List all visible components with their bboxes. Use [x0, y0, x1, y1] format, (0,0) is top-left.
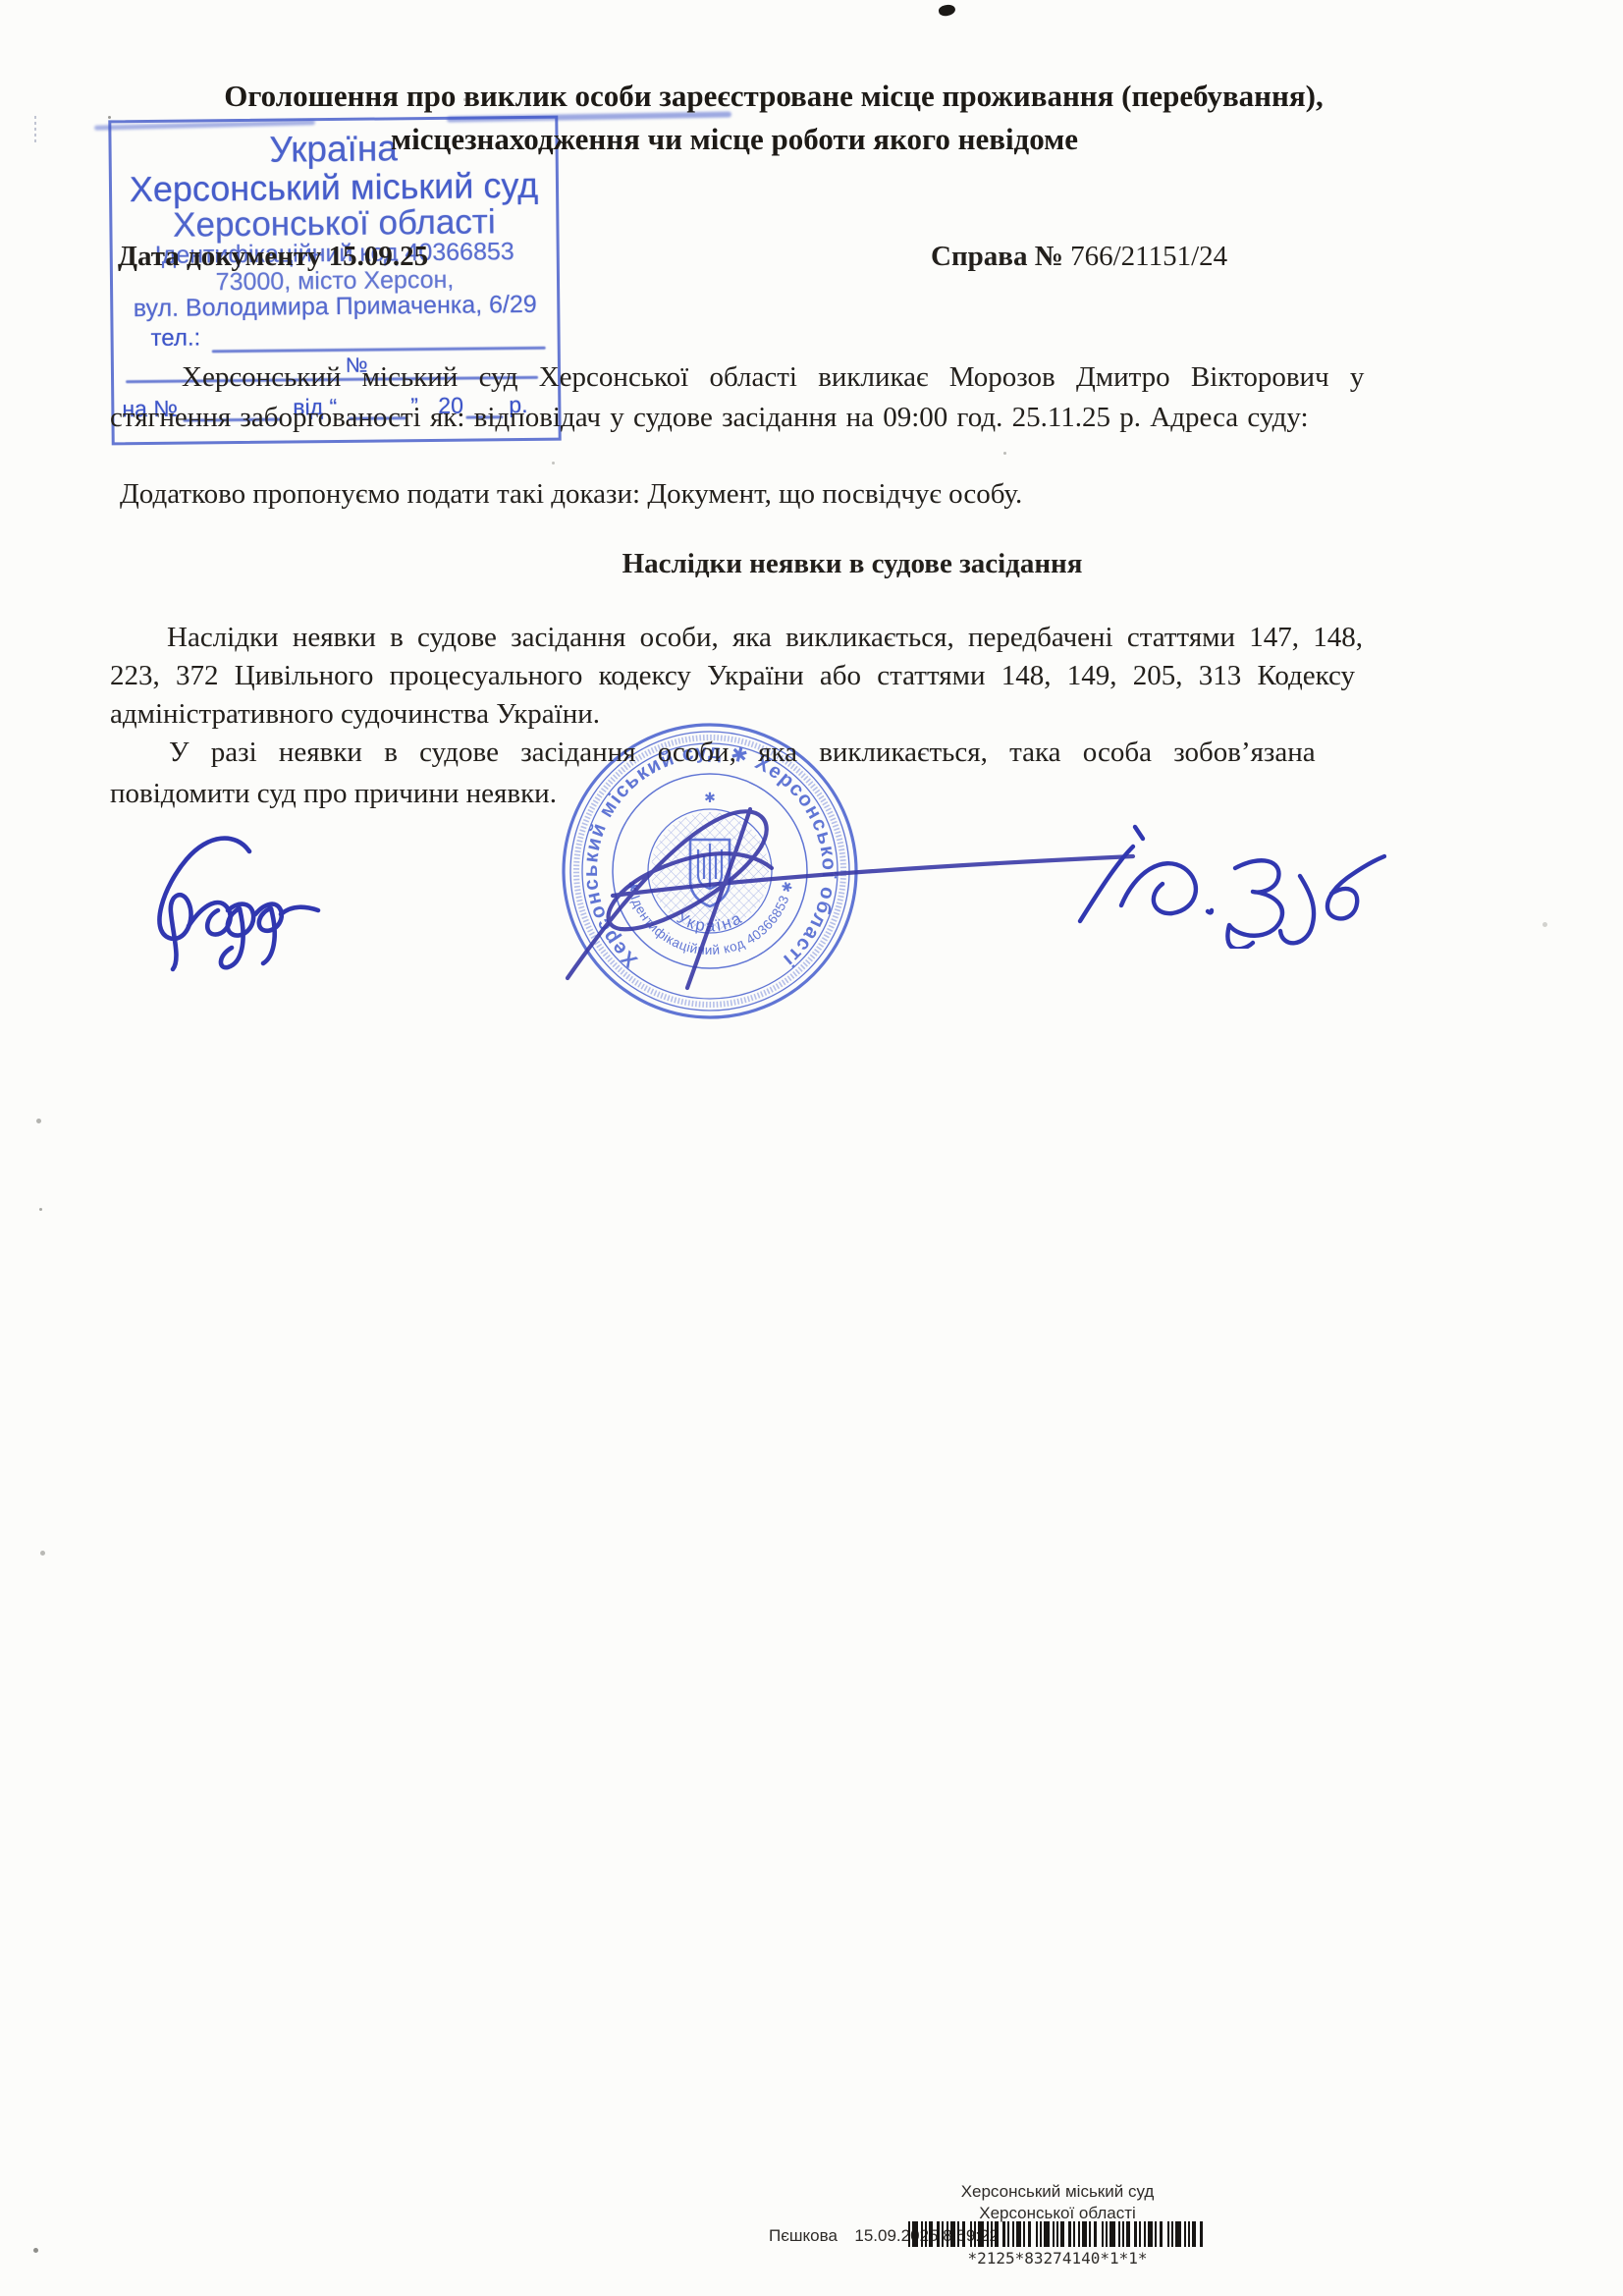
footer-operator: Пєшкова	[769, 2226, 838, 2245]
court-office-stamp: Україна Херсонський міський суд Херсонсь…	[108, 116, 561, 446]
scanned-court-document: Оголошення про виклик особи зареєстрован…	[0, 0, 1623, 2296]
body-p3-line3: адміністративного судочинства України.	[110, 698, 600, 731]
footer-court-line2: Херсонської області	[979, 2204, 1136, 2223]
scan-blot	[938, 3, 956, 17]
body-p3-line1: Наслідки неявки в судове засідання особи…	[167, 622, 1363, 654]
body-p1-line1: Херсонський міський суд Херсонської обла…	[182, 361, 1364, 394]
body-p4-line2: повідомити суд про причини неявки.	[110, 778, 557, 810]
date-value: 15.09.25	[329, 241, 429, 272]
body-p1-line2: стягнення заборгованості як: відповідач …	[110, 402, 1309, 434]
stamp-tel-label: тел.:	[150, 324, 200, 353]
document-title-line2: місцезнаходження чи місце роботи якого н…	[391, 122, 1078, 157]
document-title-line1: Оголошення про виклик особи зареєстрован…	[224, 79, 1324, 114]
scan-specks	[108, 116, 111, 119]
judge-signature-left	[126, 820, 332, 982]
judge-signature-right	[1053, 811, 1386, 949]
body-p2: Додатково пропонуємо подати такі докази:…	[120, 478, 1022, 511]
scan-edge-artifact	[34, 116, 36, 145]
date-label: Дата документу	[118, 241, 321, 272]
case-label: Справа №	[931, 241, 1063, 272]
body-p3-line2: 223, 372 Цивільного процесуального кодек…	[110, 660, 1355, 692]
footer-court-line1: Херсонський міський суд	[961, 2182, 1155, 2202]
case-value: 766/21151/24	[1070, 241, 1227, 272]
section-heading: Наслідки неявки в судове засідання	[622, 548, 1083, 580]
stamp-tel-line	[212, 347, 546, 354]
stamp-street-address: вул. Володимира Примаченка, 6/29	[113, 291, 557, 324]
case-number-row: Справа № 766/21151/24	[931, 241, 1227, 273]
document-date-row: Дата документу 15.09.25	[118, 241, 428, 273]
barcode	[908, 2221, 1205, 2247]
barcode-value: *2125*83274140*1*1*	[967, 2249, 1147, 2268]
